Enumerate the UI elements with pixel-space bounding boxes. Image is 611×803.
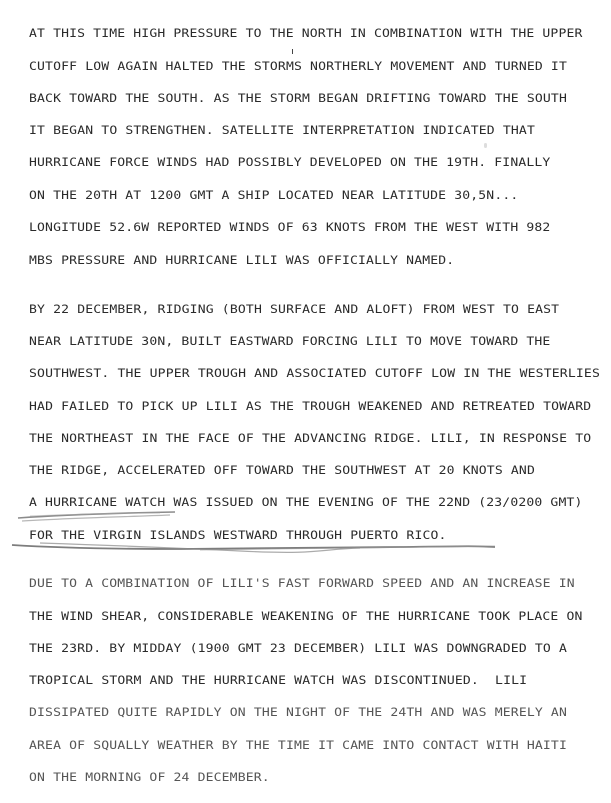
text-line: FOR THE VIRGIN ISLANDS WESTWARD THROUGH … [29, 529, 447, 542]
text-line: THE RIDGE, ACCELERATED OFF TOWARD THE SO… [29, 464, 535, 477]
text-line: BY 22 DECEMBER, RIDGING (BOTH SURFACE AN… [29, 303, 559, 316]
text-line: ON THE MORNING OF 24 DECEMBER. [29, 771, 270, 784]
text-line: AREA OF SQUALLY WEATHER BY THE TIME IT C… [29, 739, 567, 752]
text-line: THE 23RD. BY MIDDAY (1900 GMT 23 DECEMBE… [29, 642, 567, 655]
text-line: LONGITUDE 52.6W REPORTED WINDS OF 63 KNO… [29, 221, 550, 234]
text-line: AT THIS TIME HIGH PRESSURE TO THE NORTH … [29, 27, 583, 40]
text-line: TROPICAL STORM AND THE HURRICANE WATCH W… [29, 674, 527, 687]
text-line: SOUTHWEST. THE UPPER TROUGH AND ASSOCIAT… [29, 367, 600, 380]
text-line: THE NORTHEAST IN THE FACE OF THE ADVANCI… [29, 432, 591, 445]
text-line: HURRICANE FORCE WINDS HAD POSSIBLY DEVEL… [29, 156, 550, 169]
text-line: HAD FAILED TO PICK UP LILI AS THE TROUGH… [29, 400, 591, 413]
text-line: ON THE 20TH AT 1200 GMT A SHIP LOCATED N… [29, 189, 518, 202]
typewritten-document-page: AT THIS TIME HIGH PRESSURE TO THE NORTH … [0, 0, 611, 803]
text-line: MBS PRESSURE AND HURRICANE LILI WAS OFFI… [29, 254, 454, 267]
text-line: CUTOFF LOW AGAIN HALTED THE STORMS NORTH… [29, 60, 567, 73]
text-line: BACK TOWARD THE SOUTH. AS THE STORM BEGA… [29, 92, 567, 105]
text-line: DISSIPATED QUITE RAPIDLY ON THE NIGHT OF… [29, 706, 567, 719]
text-line: NEAR LATITUDE 30N, BUILT EASTWARD FORCIN… [29, 335, 550, 348]
text-line: DUE TO A COMBINATION OF LILI'S FAST FORW… [29, 577, 575, 590]
text-line: A HURRICANE WATCH WAS ISSUED ON THE EVEN… [29, 496, 583, 509]
text-line: IT BEGAN TO STRENGTHEN. SATELLITE INTERP… [29, 124, 535, 137]
text-line: THE WIND SHEAR, CONSIDERABLE WEAKENING O… [29, 610, 583, 623]
handwritten-apostrophe-mark [292, 49, 293, 54]
paper-speck [484, 143, 487, 148]
